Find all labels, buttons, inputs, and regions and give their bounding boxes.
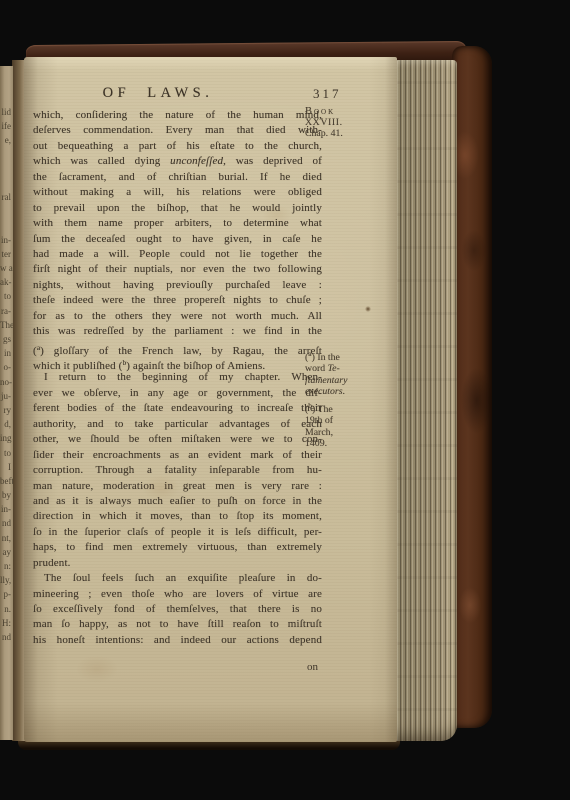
gutter-fragment: ter <box>0 247 13 261</box>
gutter-fragment: I <box>0 460 13 474</box>
body-line: which was called dying unconfeſſed, was … <box>33 154 322 169</box>
body-line: ferent bodies of the ſtate endeavouring … <box>33 401 322 416</box>
body-line: man nature, moderation in great men is v… <box>33 479 322 494</box>
body-line: man ſo happy, as not to have ſtill reaſo… <box>33 617 322 632</box>
body-line: this was redreſſed by the parliament : w… <box>33 324 322 339</box>
body-line: ſo in the ſuperior claſs of people it is… <box>33 525 322 540</box>
gutter-fragment: d, <box>0 417 13 431</box>
gutter-fragment: in- <box>0 233 13 247</box>
gutter-fragment: ral <box>0 190 13 204</box>
book-bottom-edge <box>18 741 400 750</box>
margin-note-line: (a) In the <box>305 348 377 363</box>
book-fore-edge-pages <box>395 60 457 741</box>
body-line: corruption. Through a fatality inſeparab… <box>33 463 322 478</box>
margin-note-line: (b) The <box>305 400 377 415</box>
body-line: with them name proper arbiters, to deter… <box>33 216 322 231</box>
body-line: haps, to find men extremely virtuous, th… <box>33 540 322 555</box>
body-line: direction in which it moves, than to ſto… <box>33 509 322 524</box>
gutter-fragment <box>0 204 13 218</box>
gutter-fragment: by <box>0 488 13 502</box>
gutter-fragment: The <box>0 318 13 332</box>
body-line: mineering ; even thoſe who are lovers of… <box>33 587 322 602</box>
margin-note-line: executors. <box>305 386 377 397</box>
margin-note-line: word Te- <box>305 363 377 374</box>
book-leather-cover <box>452 46 492 728</box>
gutter-fragment: w a <box>0 261 13 275</box>
margin-note-line: 1409. <box>305 438 377 449</box>
body-text: which, conſidering the nature of the hum… <box>33 108 322 648</box>
gutter-fragment: ay <box>0 545 13 559</box>
gutter-fragment: p- <box>0 587 13 601</box>
facing-page-sliver: lidifee,ralin-terw aak-tora-Thegsino-no-… <box>0 66 13 740</box>
body-line: ſum the deceaſed ought to have given, in… <box>33 232 322 247</box>
gutter-fragment: to <box>0 289 13 303</box>
book-page: OF LAWS. 317 which, conſidering the natu… <box>24 57 397 742</box>
body-line: (a) gloſſary of the French law, by Ragau… <box>33 340 322 355</box>
body-line: out bequeathing a part of his eſtate to … <box>33 139 322 154</box>
body-line: had made a will. People could not lie to… <box>33 247 322 262</box>
margin-note-line: 19th of <box>305 415 377 426</box>
body-line: theſe indeed were the three propereſt ni… <box>33 293 322 308</box>
gutter-fragment: n. <box>0 602 13 616</box>
margin-note-line: XXVIII. <box>305 118 377 129</box>
body-line: other, we ſhould be often miſtaken were … <box>33 432 322 447</box>
facing-page-text-fragments: lidifee,ralin-terw aak-tora-Thegsino-no-… <box>0 66 13 644</box>
body-line: without making a will, his relations wer… <box>33 185 322 200</box>
catchword: on <box>33 661 318 673</box>
gutter-fragment: in- <box>0 502 13 516</box>
gutter-fragment: lly, <box>0 573 13 587</box>
body-line: which, conſidering the nature of the hum… <box>33 108 322 123</box>
body-line: which it publiſhed (b) againſt the biſho… <box>33 355 322 370</box>
gutter-fragment: to <box>0 446 13 460</box>
body-line: firſt night of their nuptials, nor even … <box>33 262 322 277</box>
body-line: authority, and to take particular advant… <box>33 417 322 432</box>
margin-note-a: (a) In theword Te-ſtamentaryexecutors. <box>305 348 377 397</box>
body-line: ever we obſerve, in any age or governmen… <box>33 386 322 401</box>
gutter-fragment: ry <box>0 403 13 417</box>
body-line: prudent. <box>33 556 322 571</box>
gutter-fragment: H: <box>0 616 13 630</box>
margin-note-line: Book <box>305 107 377 118</box>
margin-note-line: March, <box>305 427 377 438</box>
gutter-fragment: ju- <box>0 389 13 403</box>
gutter-fragment: ra- <box>0 304 13 318</box>
photo-background: lidifee,ralin-terw aak-tora-Thegsino-no-… <box>0 0 570 800</box>
gutter-fragment: nd <box>0 516 13 530</box>
body-line: deſerves commendation. Every man that di… <box>33 123 322 138</box>
gutter-fragment: ife <box>0 119 13 133</box>
body-line: for as to the others they were not worth… <box>33 309 322 324</box>
running-title: OF LAWS. <box>33 85 283 102</box>
body-line: and as it is always much eaſier to puſh … <box>33 494 322 509</box>
gutter-fragment: n: <box>0 559 13 573</box>
body-line: his honeſt intentions: and indeed our ac… <box>33 633 322 648</box>
body-line: I return to the beginning of my chapter.… <box>33 370 322 385</box>
body-line: to prevail upon the biſhop, that he woul… <box>33 201 322 216</box>
body-line: nights, without having previouſly purcha… <box>33 278 322 293</box>
margin-note-b: (b) The19th ofMarch,1409. <box>305 400 377 449</box>
gutter-fragment: no- <box>0 375 13 389</box>
gutter-fragment <box>0 162 13 176</box>
gutter-fragment: ak- <box>0 275 13 289</box>
gutter-fragment: nd <box>0 630 13 644</box>
paper-stain-dot <box>365 306 371 312</box>
page-number: 317 <box>313 86 342 102</box>
body-line: the ſacrament, and of chriſtian burial. … <box>33 170 322 185</box>
body-line: ſo exceſſively fond of themſelves, that … <box>33 602 322 617</box>
gutter-fragment <box>0 148 13 162</box>
margin-note-line: Chap. 41. <box>305 129 377 140</box>
body-line: The ſoul feels ſuch an exquiſite pleaſur… <box>33 571 322 586</box>
gutter-fragment: nt, <box>0 531 13 545</box>
margin-note-chapter: BookXXVIII.Chap. 41. <box>305 107 377 139</box>
gutter-fragment: lid <box>0 105 13 119</box>
gutter-fragment: ing <box>0 431 13 445</box>
gutter-fragment: o- <box>0 360 13 374</box>
gutter-fragment: e, <box>0 133 13 147</box>
gutter-fragment: beft <box>0 474 13 488</box>
gutter-fragment: gs <box>0 332 13 346</box>
gutter-fragment: in <box>0 346 13 360</box>
margin-note-line: ſtamentary <box>305 375 377 386</box>
gutter-fragment <box>0 219 13 233</box>
body-line: ſider their encroachments as an evident … <box>33 448 322 463</box>
gutter-fragment <box>0 176 13 190</box>
